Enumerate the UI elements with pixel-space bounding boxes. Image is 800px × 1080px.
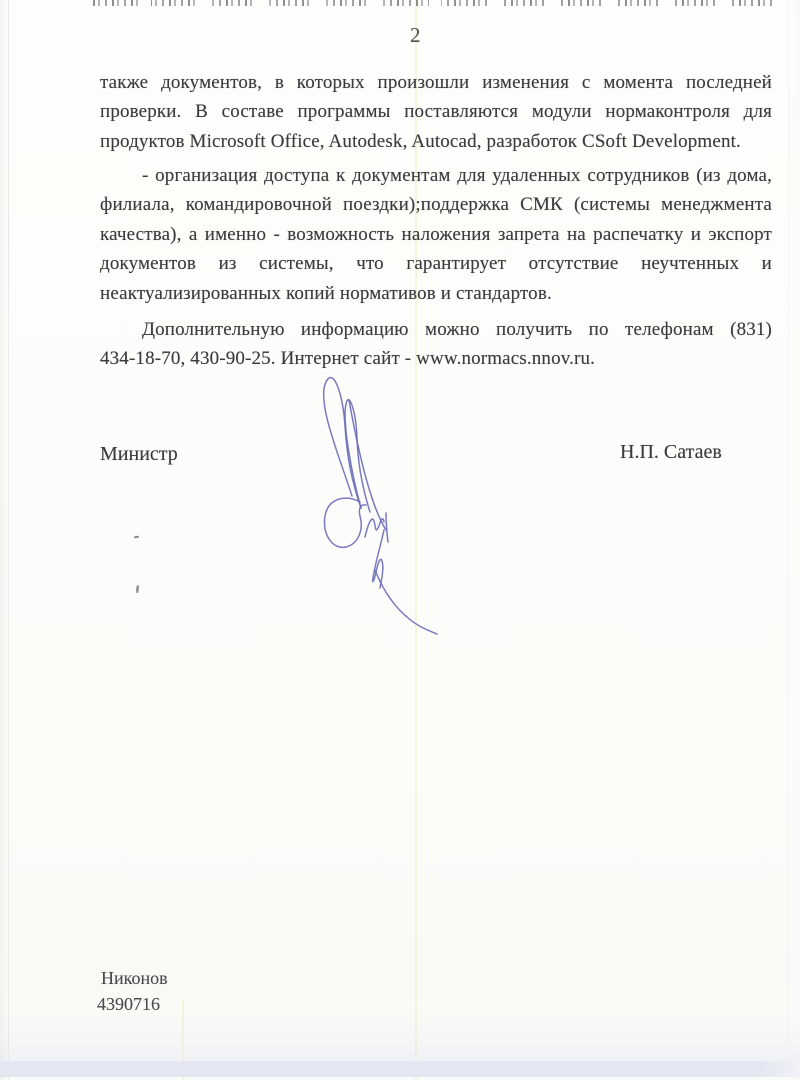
clipped-text-remnant xyxy=(93,0,783,6)
text-line: филиала, командировочной поездки);поддер… xyxy=(100,190,772,219)
signature-stroke xyxy=(365,519,384,537)
text-line: качества), а именно - возможность наложе… xyxy=(100,220,772,249)
executor-name: Никонов xyxy=(101,966,168,992)
handwritten-signature xyxy=(300,366,450,641)
text-line: проверки. В составе программы поставляют… xyxy=(100,97,772,126)
text-line: - организация доступа к документам для у… xyxy=(100,161,772,190)
scan-edge-right xyxy=(788,0,800,1080)
body-text: также документов, в которых произошли из… xyxy=(100,68,772,374)
text-line: также документов, в которых произошли из… xyxy=(100,68,772,97)
signature-stroke xyxy=(375,570,437,634)
text-line: документов из системы, что гарантирует о… xyxy=(100,249,772,278)
document-page: 2 также документов, в которых произошли … xyxy=(0,0,800,1080)
text-line: неактуализированных копий нормативов и с… xyxy=(100,279,772,308)
page-bottom-shade xyxy=(0,1014,800,1062)
paragraph-remote-access: - организация доступа к документам для у… xyxy=(100,161,772,308)
scan-speck xyxy=(134,536,139,539)
signature-stroke xyxy=(345,400,370,512)
signature-stroke xyxy=(386,513,388,542)
page-bottom-band xyxy=(0,1061,800,1077)
page-number: 2 xyxy=(410,25,421,46)
text-line: продуктов Microsoft Office, Autodesk, Au… xyxy=(100,127,772,156)
scan-speck xyxy=(136,585,139,593)
scan-edge-left xyxy=(0,0,9,1080)
executor-block: Никонов 4390716 xyxy=(97,966,168,1017)
signer-name: Н.П. Сатаев xyxy=(620,441,722,463)
signature-stroke xyxy=(349,400,386,530)
paragraph-modules: также документов, в которых произошли из… xyxy=(100,68,772,156)
text-line: Дополнительную информацию можно получить… xyxy=(100,315,772,344)
signer-title: Министр xyxy=(100,443,178,465)
